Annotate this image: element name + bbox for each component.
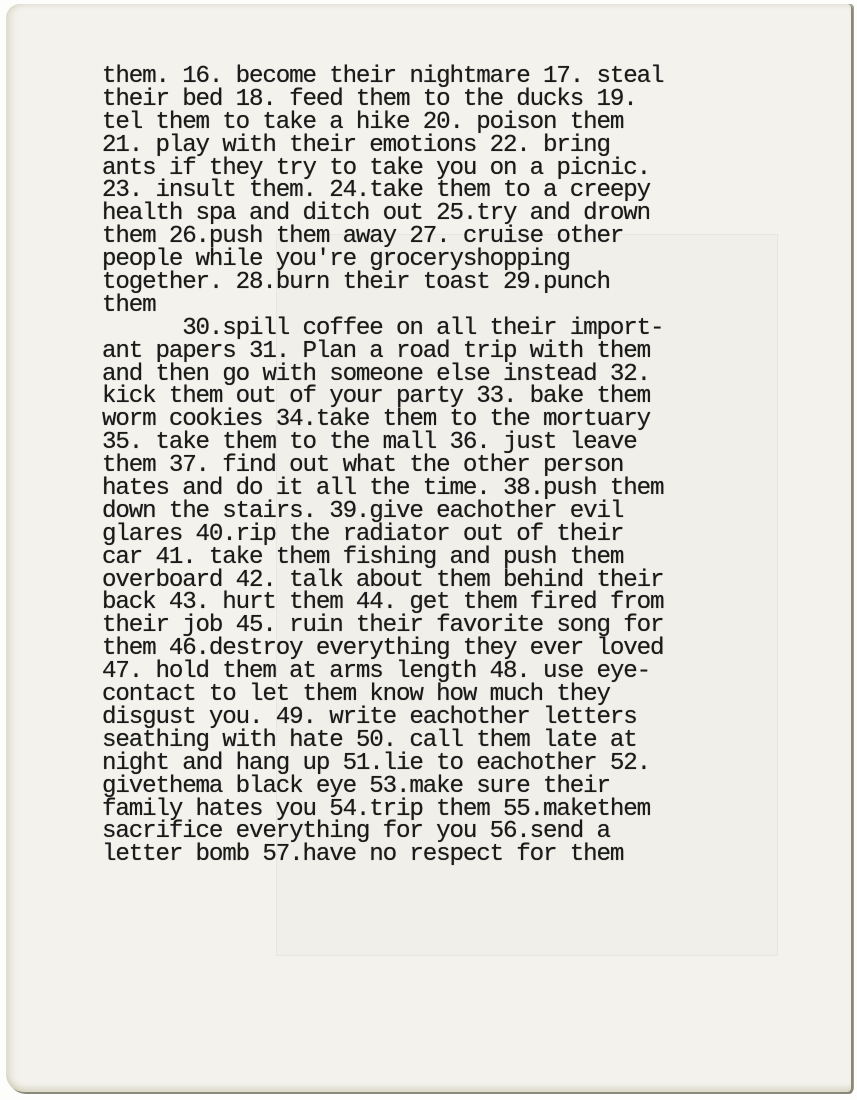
text-line: together. 28.burn their toast 29.punch: [102, 272, 782, 295]
paper-sheet: them. 16. become their nightmare 17. ste…: [6, 4, 851, 1092]
text-line: letter bomb 57.have no respect for them: [102, 844, 782, 867]
typewritten-text: them. 16. become their nightmare 17. ste…: [102, 66, 782, 867]
scanned-page: them. 16. become their nightmare 17. ste…: [0, 0, 857, 1100]
